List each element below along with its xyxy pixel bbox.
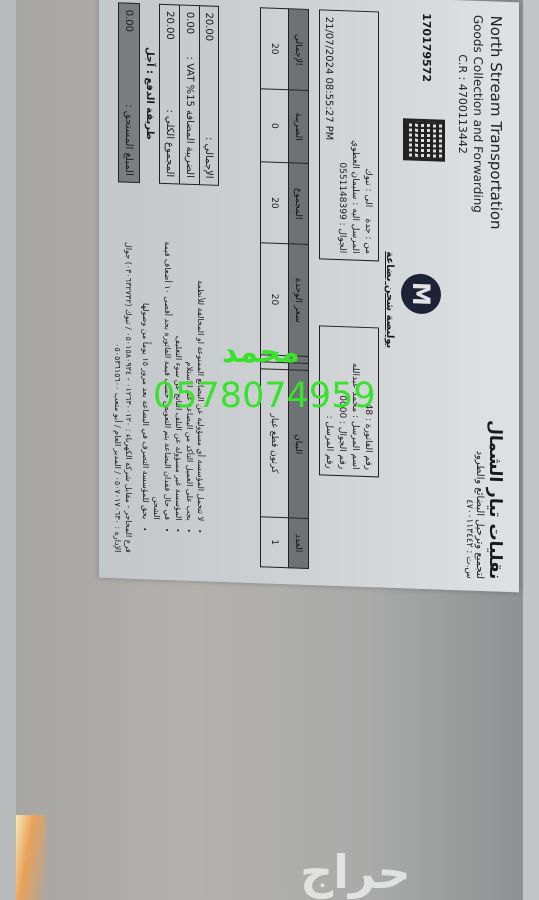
receiver-line: المرسل اليه : سليمان العطوي [348,17,361,253]
term-item: يحق للمؤسسة التصرف في البضاعة بعد مرور ١… [140,219,151,519]
receipt-photo: North Stream Transportation Goods Collec… [62,10,532,610]
subtotal-row: الإجمالي :20.00 [199,5,219,186]
receipt-datetime: 21/07/2024 08:55:27 PM [322,16,335,252]
sender-phone-label: رقم الجوال : [337,421,347,469]
subtotal-label: الإجمالي : [200,137,218,179]
frame-left-edge [0,0,16,900]
to-label: الى : [363,188,373,207]
grand-total-value: 20.00 [160,11,179,40]
sender-number-label: رقم المرسل : [324,415,334,469]
table-header-row: العدد البيان سعر الوحدة المجموع الضريبة … [289,9,309,569]
payment-method: طريقة الدفع : آجل [144,3,155,183]
overlay-name: محمد [222,335,300,370]
col-tax: الضريبة [289,90,309,164]
col-total: الإجمالي [289,9,309,91]
grand-total-label: المجموع الكلي : [160,109,179,177]
receipt-header: North Stream Transportation Goods Collec… [431,0,511,592]
cell-tax: 0 [261,89,289,163]
vat-label: الضريبة المضافة VAT %15 : [180,56,199,178]
management-line: الإدارة : ٠٥٠٧٠١٧٠٦٣٠ / المدير العام / أ… [112,2,123,552]
receiver-label: المرسل اليه : [350,202,360,254]
term-item: في حال فقدان البضاعة يتم التعويض حسب قيم… [151,219,173,520]
company-logo-icon: M [401,273,441,314]
haraj-watermark: حراج [300,845,411,899]
receiver-phone-label: الجوال : [337,222,347,253]
items-table: العدد البيان سعر الوحدة المجموع الضريبة … [260,7,309,569]
document-title: بوليصة شحن بضاعة [384,240,395,360]
company-english-block: North Stream Transportation Goods Collec… [456,14,505,236]
company-arabic-block: نقليات تيار الشمال لتجميع وترحيل البضائع… [464,358,505,579]
cell-total: 20 [261,8,289,90]
invoice-number: 170179572 [420,13,433,82]
shipment-details-box: من : جدة الى : تبوك المرسل اليه : سليمان… [319,9,379,261]
sender-label: اسم المرسل : [350,415,360,470]
col-sum: المجموع [289,163,309,245]
vat-row: الضريبة المضافة VAT %15 :0.00 [179,4,199,185]
invoice-no-label: رقم الفاتورة : [363,418,373,471]
shipping-receipt: North Stream Transportation Goods Collec… [99,0,519,592]
route-line: من : جدة الى : تبوك [361,18,374,254]
company-cr-ar: س.ت : ٤٧٠٠١١٣٤٤٢ [464,358,474,578]
to-value: تبوك [363,168,373,186]
light-flare [16,815,46,900]
qr-code-icon [403,118,445,161]
term-item: المؤسسة غير مسؤولة عن التلف الناتج عن سو… [173,220,184,520]
col-quantity: العدد [289,518,309,569]
from-label: من : [363,236,373,254]
receiver-phone-line: الجوال : 0551148399 [335,17,348,253]
from-value: جدة [363,218,373,233]
term-item: لا تتحمل المؤسسة أي مسؤولية عن البضائع ا… [195,221,206,521]
cell-quantity: 1 [261,517,289,568]
company-cr-en: C.R : 4700113442 [456,14,469,234]
company-name-en: North Stream Transportation [487,15,505,236]
company-subtitle-ar: لتجميع وترحيل البضائع والطرود [474,359,485,579]
grand-total-row: المجموع الكلي :20.00 [159,4,179,185]
cell-sum: 20 [261,162,289,244]
branches-line: فرع المحاجر - مقابل شركة الكهرباء : ٠١٢٦… [123,3,134,553]
receiver-value: سليمان العطوي [350,140,360,200]
vat-value: 0.00 [180,11,199,34]
term-item: يجب على العميل التأكد من البضاعة عند الا… [184,221,195,521]
subtotal-value: 20.00 [200,12,218,41]
table-row: 1 كرتون قطع غيار 20 20 0 20 [261,8,289,568]
company-subtitle-en: Goods Collection and Forwarding [471,15,485,235]
receipt-footer: فرع المحاجر - مقابل شركة الكهرباء : ٠١٢٦… [112,2,134,553]
receiver-phone-value: 0551148399 [337,162,347,220]
overlay-phone: 0578074959 [153,376,376,416]
company-name-ar: نقليات تيار الشمال [485,359,505,580]
